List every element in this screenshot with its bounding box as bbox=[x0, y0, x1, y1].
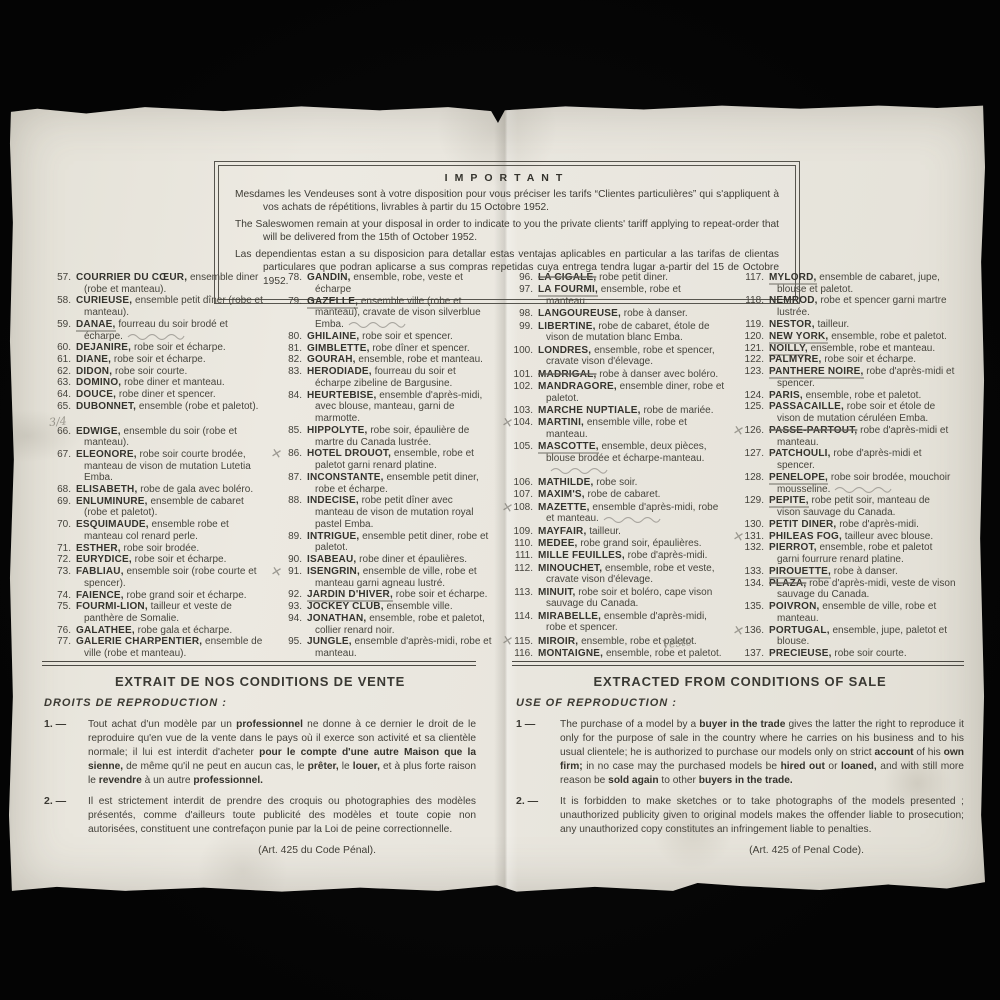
list-item: 57.COURRIER DU CŒUR, ensemble diner (rob… bbox=[44, 272, 263, 295]
conditions-fr-subtitle: DROITS DE REPRODUCTION : bbox=[44, 697, 476, 709]
item-name: CURIEUSE, bbox=[76, 295, 132, 306]
item-number: 105. bbox=[506, 441, 533, 453]
list-item: 110.MEDEE, robe grand soir, épaulières. bbox=[506, 538, 725, 550]
model-list-column-1: 57.COURRIER DU CŒUR, ensemble diner (rob… bbox=[44, 272, 263, 660]
item-description: robe soir. bbox=[596, 477, 637, 488]
list-item: 79.GAZELLE, ensemble ville (robe et mant… bbox=[275, 296, 494, 331]
item-description: robe soir et écharpe. bbox=[396, 589, 488, 600]
item-description: ensemble, robe et paletot. bbox=[806, 390, 922, 401]
item-number: 128. bbox=[737, 472, 764, 484]
photo-background: IMPORTANT Mesdames les Vendeuses sont à … bbox=[0, 0, 1000, 1000]
item-description: robe de gala avec boléro. bbox=[140, 484, 253, 495]
item-number: 96. bbox=[506, 272, 533, 284]
item-description: robe grand soir, épaulières. bbox=[580, 538, 701, 549]
list-item: 81.GIMBLETTE, robe dîner et spencer. bbox=[275, 343, 494, 355]
item-name: ENLUMINURE, bbox=[76, 496, 148, 507]
item-number: 59. bbox=[44, 319, 71, 331]
list-item: 78.GANDIN, ensemble, robe, veste et écha… bbox=[275, 272, 494, 295]
list-item: ✕131.PHILEAS FOG, tailleur avec blouse. bbox=[737, 531, 956, 543]
item-number: 72. bbox=[44, 554, 71, 566]
list-item: 65.DUBONNET, ensemble (robe et paletot).… bbox=[44, 401, 263, 426]
item-name: DIANE, bbox=[76, 354, 111, 365]
item-name: PRECIEUSE, bbox=[769, 648, 832, 659]
item-number: 93. bbox=[275, 601, 302, 613]
item-name: DIDON, bbox=[76, 366, 112, 377]
conditions-of-sale-french: EXTRAIT DE NOS CONDITIONS DE VENTE DROIT… bbox=[44, 674, 476, 856]
item-number: 135. bbox=[737, 601, 764, 613]
item-name: NESTOR, bbox=[769, 319, 815, 330]
item-name: ELISABETH, bbox=[76, 484, 137, 495]
model-list: 57.COURRIER DU CŒUR, ensemble diner (rob… bbox=[44, 272, 956, 660]
list-item: 102.MANDRAGORE, ensemble diner, robe et … bbox=[506, 381, 725, 404]
item-description: robe de cabaret. bbox=[588, 489, 661, 500]
item-number: 116. bbox=[506, 648, 533, 660]
item-description: ensemble, robe et manteau. bbox=[811, 343, 936, 354]
item-name: EURYDICE, bbox=[76, 554, 132, 565]
condition-item: 1. —Tout achat d'un modèle par un profes… bbox=[44, 718, 476, 787]
list-item: 134.PLAZA, robe d'après-midi, veste de v… bbox=[737, 578, 956, 601]
item-name: ESTHER, bbox=[76, 543, 121, 554]
pencil-scribble bbox=[834, 485, 892, 493]
item-name: MAYFAIR, bbox=[538, 526, 586, 537]
condition-number: 1. — bbox=[44, 718, 88, 787]
item-number: 68. bbox=[44, 484, 71, 496]
list-item: 122.PALMYRE, robe soir et écharpe. bbox=[737, 354, 956, 366]
conditions-fr-footnote: (Art. 425 du Code Pénal). bbox=[44, 845, 476, 856]
conditions-en-items: 1 —The purchase of a model by a buyer in… bbox=[516, 718, 964, 837]
list-item: 73.FABLIAU, ensemble soir (robe courte e… bbox=[44, 566, 263, 589]
item-description: robe à danser avec boléro. bbox=[599, 369, 718, 380]
list-item: ✕115.MIROIR, ensemble, robe et paletot.V… bbox=[506, 635, 725, 648]
list-item: 77.GALERIE CHARPENTIER, ensemble de vill… bbox=[44, 636, 263, 659]
item-name: ISENGRIN, bbox=[307, 566, 360, 577]
item-number: 100. bbox=[506, 345, 533, 357]
pencil-scribble bbox=[603, 515, 661, 523]
item-number: 129. bbox=[737, 495, 764, 507]
pencil-scribble bbox=[127, 332, 185, 340]
item-description: ensemble (robe et paletot). bbox=[139, 401, 259, 412]
item-number: 117. bbox=[737, 272, 764, 284]
list-item: 75.FOURMI-LION, tailleur et veste de pan… bbox=[44, 601, 263, 624]
condition-number: 2. — bbox=[516, 795, 560, 837]
list-item: 61.DIANE, robe soir et écharpe. bbox=[44, 354, 263, 366]
item-number: 64. bbox=[44, 389, 71, 401]
list-item: 99.LIBERTINE, robe de cabaret, étole de … bbox=[506, 321, 725, 344]
item-number: 87. bbox=[275, 472, 302, 484]
item-number: 97. bbox=[506, 284, 533, 296]
item-description: robe de mariée. bbox=[643, 405, 713, 416]
item-name: ELEONORE, bbox=[76, 449, 137, 460]
item-description: robe grand soir et écharpe. bbox=[127, 590, 247, 601]
item-name: INCONSTANTE, bbox=[307, 472, 384, 483]
item-name: MIROIR, bbox=[538, 636, 578, 647]
item-name: JONATHAN, bbox=[307, 613, 366, 624]
list-item: 120.NEW YORK, ensemble, robe et paletot. bbox=[737, 331, 956, 343]
item-description: robe d'après-midi. bbox=[839, 519, 919, 530]
item-name: MATHILDE, bbox=[538, 477, 594, 488]
item-name: GHILAINE, bbox=[307, 331, 359, 342]
list-item: 90.ISABEAU, robe diner et épaulières. bbox=[275, 554, 494, 566]
item-name: LANGOUREUSE, bbox=[538, 308, 621, 319]
item-name: HERODIADE, bbox=[307, 366, 372, 377]
item-name: GANDIN, bbox=[307, 272, 351, 283]
item-name: FABLIAU, bbox=[76, 566, 124, 577]
conditions-of-sale-english: EXTRACTED FROM CONDITIONS OF SALE USE OF… bbox=[516, 674, 964, 856]
list-item: 94.JONATHAN, ensemble, robe et paletot, … bbox=[275, 613, 494, 636]
item-name: PASSE-PARTOUT, bbox=[769, 425, 857, 436]
item-name: HOTEL DROUOT, bbox=[307, 448, 391, 459]
item-description: robe soir et spencer. bbox=[362, 331, 453, 342]
item-number: 75. bbox=[44, 601, 71, 613]
item-number: 63. bbox=[44, 377, 71, 389]
item-name: MAXIM'S, bbox=[538, 489, 585, 500]
item-name: GOURAH, bbox=[307, 354, 356, 365]
item-description: robe diner et épaulières. bbox=[359, 554, 467, 565]
list-item: 119.NESTOR, tailleur. bbox=[737, 319, 956, 331]
item-number: 77. bbox=[44, 636, 71, 648]
item-number: 119. bbox=[737, 319, 764, 331]
conditions-en-footnote: (Art. 425 of Penal Code). bbox=[516, 845, 964, 856]
list-item: 72.EURYDICE, robe soir et écharpe. bbox=[44, 554, 263, 566]
list-item: 93.JOCKEY CLUB, ensemble ville. bbox=[275, 601, 494, 613]
conditions-en-title: EXTRACTED FROM CONDITIONS OF SALE bbox=[516, 674, 964, 689]
item-number: 133. bbox=[737, 566, 764, 578]
list-item: 96.LA CIGALE, robe petit diner. bbox=[506, 272, 725, 284]
list-item: 124.PARIS, ensemble, robe et paletot. bbox=[737, 390, 956, 402]
item-number: 124. bbox=[737, 390, 764, 402]
item-number: 106. bbox=[506, 477, 533, 489]
item-description: robe soir et écharpe. bbox=[824, 354, 916, 365]
item-number: 137. bbox=[737, 648, 764, 660]
item-name: MARCHE NUPTIALE, bbox=[538, 405, 641, 416]
item-description: ensemble ville. bbox=[386, 601, 452, 612]
item-name: JOCKEY CLUB, bbox=[307, 601, 384, 612]
list-item: 100.LONDRES, ensemble, robe et spencer, … bbox=[506, 345, 725, 368]
item-number: 107. bbox=[506, 489, 533, 501]
item-description: robe soir et écharpe. bbox=[114, 354, 206, 365]
list-item: 71.ESTHER, robe soir brodée. bbox=[44, 543, 263, 555]
condition-text: The purchase of a model by a buyer in th… bbox=[560, 718, 964, 787]
list-item: 114.MIRABELLE, ensemble d'après-midi, ro… bbox=[506, 611, 725, 634]
notice-paragraph: The Saleswomen remain at your disposal i… bbox=[235, 218, 779, 245]
list-item: 118.NEMROD, robe et spencer garni martre… bbox=[737, 295, 956, 318]
list-item: ✕104.MARTINI, ensemble ville, robe et ma… bbox=[506, 417, 725, 440]
item-name: MONTAIGNE, bbox=[538, 648, 603, 659]
item-name: PETIT DINER, bbox=[769, 519, 836, 530]
item-number: 101. bbox=[506, 369, 533, 381]
list-item: 98.LANGOUREUSE, robe à danser. bbox=[506, 308, 725, 320]
item-number: 83. bbox=[275, 366, 302, 378]
item-name: DUBONNET, bbox=[76, 401, 136, 412]
item-description: robe d'après-midi. bbox=[628, 550, 708, 561]
item-name: HEURTEBISE, bbox=[307, 390, 376, 401]
item-name: GALERIE CHARPENTIER, bbox=[76, 636, 202, 647]
item-name: COURRIER DU CŒUR, bbox=[76, 272, 187, 283]
notice-title: IMPORTANT bbox=[235, 172, 779, 184]
condition-text: Il est strictement interdit de prendre d… bbox=[88, 795, 476, 837]
item-number: 109. bbox=[506, 526, 533, 538]
item-name: PHILEAS FOG, bbox=[769, 531, 842, 542]
conditions-fr-items: 1. —Tout achat d'un modèle par un profes… bbox=[44, 718, 476, 837]
list-item: 95.JUNGLE, ensemble d'après-midi, robe e… bbox=[275, 636, 494, 659]
item-number: 92. bbox=[275, 589, 302, 601]
item-description: ensemble, robe et manteau. bbox=[358, 354, 483, 365]
item-number: 62. bbox=[44, 366, 71, 378]
item-number: 110. bbox=[506, 538, 533, 550]
double-rule-divider-left bbox=[42, 661, 476, 666]
item-name: DOMINO, bbox=[76, 377, 121, 388]
item-description: ensemble, robe et paletot. bbox=[606, 648, 722, 659]
item-name: MADRIGAL, bbox=[538, 369, 596, 380]
item-number: 95. bbox=[275, 636, 302, 648]
list-item: 127.PATCHOULI, robe d'après-midi et spen… bbox=[737, 448, 956, 471]
list-item: 101.MADRIGAL, robe à danser avec boléro. bbox=[506, 369, 725, 381]
item-name: MINUIT, bbox=[538, 587, 576, 598]
item-name: LIBERTINE, bbox=[538, 321, 596, 332]
model-list-column-4: 117.MYLORD, ensemble de cabaret, jupe, b… bbox=[737, 272, 956, 660]
item-name: GIMBLETTE, bbox=[307, 343, 370, 354]
item-number: 123. bbox=[737, 366, 764, 378]
list-item: 125.PASSACAILLE, robe soir et étole de v… bbox=[737, 401, 956, 424]
item-number: 113. bbox=[506, 587, 533, 599]
item-description: tailleur avec blouse. bbox=[845, 531, 933, 542]
item-number: 70. bbox=[44, 519, 71, 531]
item-number: 127. bbox=[737, 448, 764, 460]
condition-text: It is forbidden to make sketches or to t… bbox=[560, 795, 964, 837]
item-number: 102. bbox=[506, 381, 533, 393]
item-description: robe diner et spencer. bbox=[119, 389, 216, 400]
item-number: 65. bbox=[44, 401, 71, 413]
list-item: 60.DEJANIRE, robe soir et écharpe. bbox=[44, 342, 263, 354]
list-item: 62.DIDON, robe soir courte. bbox=[44, 366, 263, 378]
item-name: JUNGLE, bbox=[307, 636, 352, 647]
list-item: 97.LA FOURMI, ensemble, robe et manteau. bbox=[506, 284, 725, 307]
item-number: 71. bbox=[44, 543, 71, 555]
item-name: INDECISE, bbox=[307, 495, 359, 506]
list-item: 63.DOMINO, robe diner et manteau. bbox=[44, 377, 263, 389]
item-name: MINOUCHET, bbox=[538, 563, 602, 574]
item-number: 132. bbox=[737, 542, 764, 554]
list-item: ✕136.PORTUGAL, ensemble, jupe, paletot e… bbox=[737, 625, 956, 648]
item-name: MIRABELLE, bbox=[538, 611, 601, 622]
item-number: 60. bbox=[44, 342, 71, 354]
list-item: 130.PETIT DINER, robe d'après-midi. bbox=[737, 519, 956, 531]
conditions-en-subtitle: USE OF REPRODUCTION : bbox=[516, 697, 964, 709]
item-number: 112. bbox=[506, 563, 533, 575]
item-number: 89. bbox=[275, 531, 302, 543]
item-description: tailleur. bbox=[589, 526, 621, 537]
item-number: 78. bbox=[275, 272, 302, 284]
item-description: robe dîner et spencer. bbox=[372, 343, 469, 354]
item-name: ESQUIMAUDE, bbox=[76, 519, 149, 530]
item-name: MEDEE, bbox=[538, 538, 578, 549]
item-number: 120. bbox=[737, 331, 764, 343]
list-item: 69.ENLUMINURE, ensemble de cabaret (robe… bbox=[44, 496, 263, 519]
item-description: robe soir courte. bbox=[834, 648, 906, 659]
item-number: 61. bbox=[44, 354, 71, 366]
item-name: GALATHEE, bbox=[76, 625, 135, 636]
item-number: 122. bbox=[737, 354, 764, 366]
list-item: 112.MINOUCHET, ensemble, robe et veste, … bbox=[506, 563, 725, 586]
item-name: DOUCE, bbox=[76, 389, 116, 400]
item-name: MAZETTE, bbox=[538, 502, 590, 513]
item-number: 114. bbox=[506, 611, 533, 623]
item-number: 134. bbox=[737, 578, 764, 590]
list-item: 106.MATHILDE, robe soir. bbox=[506, 477, 725, 489]
item-number: 85. bbox=[275, 425, 302, 437]
condition-item: 2. —Il est strictement interdit de prend… bbox=[44, 795, 476, 837]
item-number: 111. bbox=[506, 550, 533, 562]
item-description: robe gala et écharpe. bbox=[138, 625, 233, 636]
list-item: 74.FAIENCE, robe grand soir et écharpe. bbox=[44, 590, 263, 602]
item-number: 121. bbox=[737, 343, 764, 355]
item-number: 74. bbox=[44, 590, 71, 602]
item-number: 84. bbox=[275, 390, 302, 402]
list-item: 83.HERODIADE, fourreau du soir et écharp… bbox=[275, 366, 494, 389]
item-name: MANDRAGORE, bbox=[538, 381, 617, 392]
double-rule-divider-right bbox=[512, 661, 964, 666]
list-item: 135.POIVRON, ensemble de ville, robe et … bbox=[737, 601, 956, 624]
item-name: PLAZA, bbox=[769, 578, 806, 589]
list-item: 59.DANAE, fourreau du soir brodé et écha… bbox=[44, 319, 263, 342]
item-name: LA CIGALE, bbox=[538, 272, 596, 283]
item-description: robe à danser. bbox=[834, 566, 898, 577]
item-number: 88. bbox=[275, 495, 302, 507]
list-item: 68.ELISABETH, robe de gala avec boléro. bbox=[44, 484, 263, 496]
item-name: PARIS, bbox=[769, 390, 803, 401]
item-number: 79. bbox=[275, 296, 302, 308]
item-number: 69. bbox=[44, 496, 71, 508]
item-number: 80. bbox=[275, 331, 302, 343]
item-number: 76. bbox=[44, 625, 71, 637]
item-description: robe soir et écharpe. bbox=[135, 554, 227, 565]
item-number: 94. bbox=[275, 613, 302, 625]
item-description: robe diner et manteau. bbox=[124, 377, 225, 388]
item-name: FOURMI-LION, bbox=[76, 601, 148, 612]
list-item: ✕86.HOTEL DROUOT, ensemble, robe et pale… bbox=[275, 448, 494, 471]
list-item: ✕108.MAZETTE, ensemble d'après-midi, rob… bbox=[506, 502, 725, 525]
item-description: robe soir courte. bbox=[115, 366, 187, 377]
list-item: 116.MONTAIGNE, ensemble, robe et paletot… bbox=[506, 648, 725, 660]
list-item: 132.PIERROT, ensemble, robe et paletot g… bbox=[737, 542, 956, 565]
pencil-note: Veste bbox=[701, 635, 702, 648]
list-item: 87.INCONSTANTE, ensemble petit diner, ro… bbox=[275, 472, 494, 495]
list-item: 105.MASCOTTE, ensemble, deux pièces, blo… bbox=[506, 441, 725, 476]
list-item: 129.PEPITE, robe petit soir, manteau de … bbox=[737, 495, 956, 518]
item-number: 66. bbox=[44, 426, 71, 438]
item-description: robe à danser. bbox=[624, 308, 688, 319]
item-name: PALMYRE, bbox=[769, 354, 822, 365]
list-item: ✕91.ISENGRIN, ensemble de ville, robe et… bbox=[275, 566, 494, 589]
item-name: MARTINI, bbox=[538, 417, 584, 428]
item-number: 81. bbox=[275, 343, 302, 355]
item-name: ISABEAU, bbox=[307, 554, 356, 565]
list-item: 89.INTRIGUE, ensemble petit diner, robe … bbox=[275, 531, 494, 554]
item-number: 118. bbox=[737, 295, 764, 307]
list-item: 103.MARCHE NUPTIALE, robe de mariée. bbox=[506, 405, 725, 417]
list-item: 70.ESQUIMAUDE, ensemble robe et manteau … bbox=[44, 519, 263, 542]
condition-number: 2. — bbox=[44, 795, 88, 837]
item-number: 99. bbox=[506, 321, 533, 333]
item-name: LONDRES, bbox=[538, 345, 591, 356]
condition-text: Tout achat d'un modèle par un profession… bbox=[88, 718, 476, 787]
list-item: 128.PENELOPE, robe soir brodée, mouchoir… bbox=[737, 472, 956, 495]
item-name: NEMROD, bbox=[769, 295, 818, 306]
item-name: FAIENCE, bbox=[76, 590, 124, 601]
item-description: ensemble, robe et paletot. bbox=[831, 331, 947, 342]
list-item: 88.INDECISE, robe petit dîner avec mante… bbox=[275, 495, 494, 530]
list-item: 84.HEURTEBISE, ensemble d'après-midi, av… bbox=[275, 390, 494, 425]
list-item: 66.EDWIGE, ensemble du soir (robe et man… bbox=[44, 426, 263, 449]
item-number: 57. bbox=[44, 272, 71, 284]
list-item: 82.GOURAH, ensemble, robe et manteau. bbox=[275, 354, 494, 366]
item-name: MILLE FEUILLES, bbox=[538, 550, 625, 561]
list-item: ✕126.PASSE-PARTOUT, robe d'après-midi et… bbox=[737, 425, 956, 448]
model-list-column-2: 78.GANDIN, ensemble, robe, veste et écha… bbox=[275, 272, 494, 660]
item-number: 82. bbox=[275, 354, 302, 366]
list-item: 111.MILLE FEUILLES, robe d'après-midi. bbox=[506, 550, 725, 562]
list-item: 133.PIROUETTE, robe à danser. bbox=[737, 566, 956, 578]
item-description: robe soir et écharpe. bbox=[134, 342, 226, 353]
item-name: PATCHOULI, bbox=[769, 448, 831, 459]
item-name: EDWIGE, bbox=[76, 426, 121, 437]
condition-number: 1 — bbox=[516, 718, 560, 787]
condition-item: 1 —The purchase of a model by a buyer in… bbox=[516, 718, 964, 787]
condition-item: 2. —It is forbidden to make sketches or … bbox=[516, 795, 964, 837]
list-item: 85.HIPPOLYTE, robe soir, épaulière de ma… bbox=[275, 425, 494, 448]
list-item: 113.MINUIT, robe soir et boléro, cape vi… bbox=[506, 587, 725, 610]
item-name: HIPPOLYTE, bbox=[307, 425, 368, 436]
conditions-fr-title: EXTRAIT DE NOS CONDITIONS DE VENTE bbox=[44, 674, 476, 689]
pencil-scribble bbox=[550, 466, 608, 474]
item-description: robe petit diner. bbox=[599, 272, 668, 283]
list-item: 107.MAXIM'S, robe de cabaret. bbox=[506, 489, 725, 501]
pencil-note: 3/4 bbox=[88, 413, 89, 426]
pencil-scribble bbox=[348, 320, 406, 328]
item-number: 98. bbox=[506, 308, 533, 320]
item-name: INTRIGUE, bbox=[307, 531, 359, 542]
notice-paragraph: Mesdames les Vendeuses sont à votre disp… bbox=[235, 188, 779, 215]
item-name: POIVRON, bbox=[769, 601, 820, 612]
list-item: 80.GHILAINE, robe soir et spencer. bbox=[275, 331, 494, 343]
list-item: 67.ELEONORE, robe soir courte brodée, ma… bbox=[44, 449, 263, 484]
item-number: 125. bbox=[737, 401, 764, 413]
list-item: 137.PRECIEUSE, robe soir courte. bbox=[737, 648, 956, 660]
list-item: 76.GALATHEE, robe gala et écharpe. bbox=[44, 625, 263, 637]
item-name: PASSACAILLE, bbox=[769, 401, 844, 412]
model-list-column-3: 96.LA CIGALE, robe petit diner.97.LA FOU… bbox=[506, 272, 725, 660]
item-number: 67. bbox=[44, 449, 71, 461]
document-page: IMPORTANT Mesdames les Vendeuses sont à … bbox=[8, 104, 986, 894]
item-name: PORTUGAL, bbox=[769, 625, 830, 636]
item-description: robe soir brodée. bbox=[124, 543, 200, 554]
list-item: 58.CURIEUSE, ensemble petit dîner (robe … bbox=[44, 295, 263, 318]
list-item: 109.MAYFAIR, tailleur. bbox=[506, 526, 725, 538]
item-description: tailleur. bbox=[817, 319, 849, 330]
item-name: DEJANIRE, bbox=[76, 342, 131, 353]
list-item: 64.DOUCE, robe diner et spencer. bbox=[44, 389, 263, 401]
item-number: 73. bbox=[44, 566, 71, 578]
item-name: PIERROT, bbox=[769, 542, 817, 553]
list-item: 117.MYLORD, ensemble de cabaret, jupe, b… bbox=[737, 272, 956, 295]
list-item: 121.NOILLY, ensemble, robe et manteau. bbox=[737, 343, 956, 355]
list-item: 92.JARDIN D'HIVER, robe soir et écharpe. bbox=[275, 589, 494, 601]
item-number: 58. bbox=[44, 295, 71, 307]
list-item: 123.PANTHERE NOIRE, robe d'après-midi et… bbox=[737, 366, 956, 389]
